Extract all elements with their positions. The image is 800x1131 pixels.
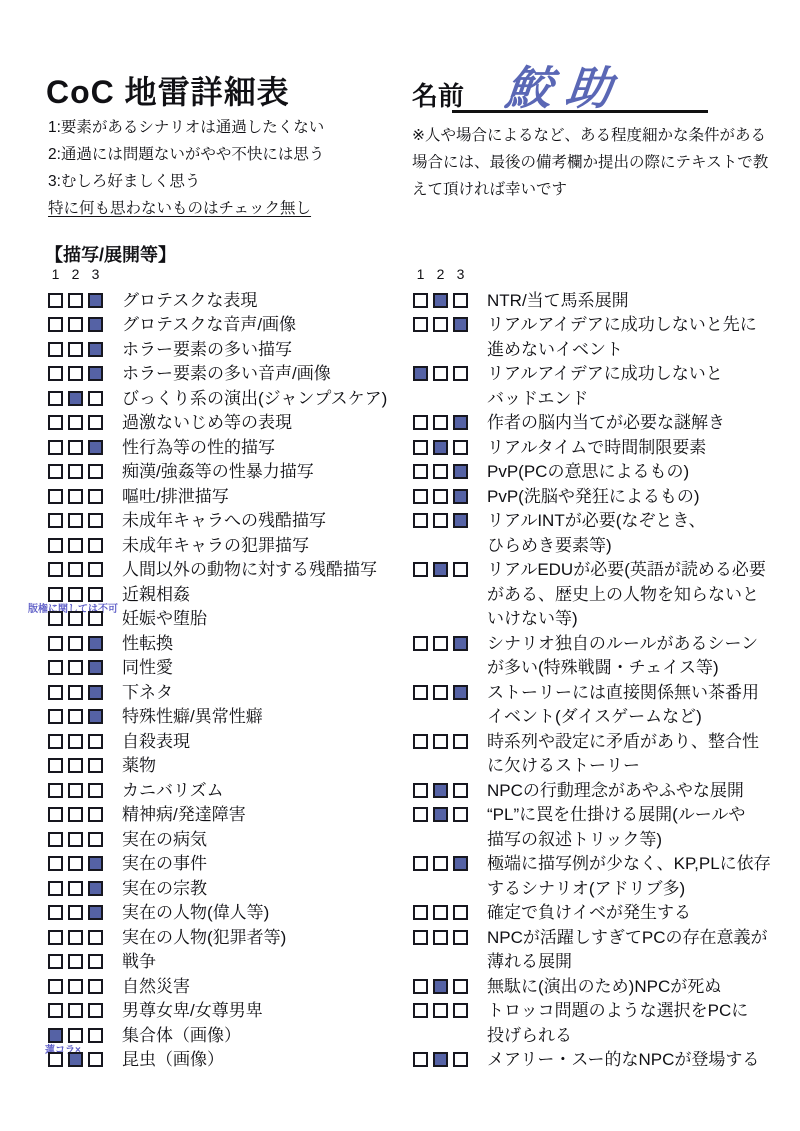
checklist-item: 嘔吐/排泄描写 xyxy=(48,485,393,510)
checkbox-option-1[interactable] xyxy=(48,905,63,920)
checkbox-option-2[interactable] xyxy=(433,783,448,798)
checkbox-option-1[interactable] xyxy=(48,293,63,308)
rating-boxes xyxy=(48,975,103,994)
checkbox-option-1[interactable] xyxy=(413,734,428,749)
checkbox-option-3[interactable] xyxy=(88,611,103,626)
item-label: 実在の人物(偉人等) xyxy=(122,901,269,926)
checkbox-option-2[interactable] xyxy=(68,758,83,773)
checkbox-option-1[interactable] xyxy=(48,660,63,675)
checkbox-option-2[interactable] xyxy=(68,881,83,896)
scale-digit-1: 1 xyxy=(48,264,63,289)
checklist-item: メアリー・スー的なNPCが登場する xyxy=(413,1048,783,1073)
checkbox-option-3[interactable] xyxy=(88,832,103,847)
checklist-item: グロテスクな音声/画像 xyxy=(48,313,393,338)
rating-boxes xyxy=(48,436,103,455)
name-field-label: 名前 xyxy=(412,76,464,113)
checklist-item: 性転換 xyxy=(48,632,393,657)
checklist-item: 実在の病気 xyxy=(48,828,393,853)
rating-boxes xyxy=(413,779,468,798)
checkbox-option-1[interactable] xyxy=(413,513,428,528)
checkbox-option-2[interactable] xyxy=(68,905,83,920)
checkbox-option-3[interactable] xyxy=(453,415,468,430)
checkbox-option-2[interactable] xyxy=(68,734,83,749)
checkbox-option-1[interactable] xyxy=(48,1003,63,1018)
checklist-form-page: CoC 地雷詳細表 1:要素があるシナリオは通過したくない 2:通過には問題ない… xyxy=(0,0,800,1131)
item-label: 昆虫（画像） xyxy=(122,1048,224,1073)
checkbox-option-3[interactable] xyxy=(88,807,103,822)
checkbox-option-3[interactable] xyxy=(453,905,468,920)
checkbox-option-3[interactable] xyxy=(88,734,103,749)
checklist-item: 集合体（画像）蓮コラ× xyxy=(48,1024,393,1049)
checkbox-option-3[interactable] xyxy=(88,293,103,308)
item-label: 実在の病気 xyxy=(122,828,207,853)
checkbox-option-3[interactable] xyxy=(453,366,468,381)
checklist-item: リアルEDUが必要(英語が読める必要 がある、歴史上の人物を知らないと いけない… xyxy=(413,558,783,632)
checklist-items-right: NTR/当て馬系展開リアルアイデアに成功しないと先に 進めないイベントリアルアイ… xyxy=(413,289,783,1073)
checkbox-option-2[interactable] xyxy=(433,366,448,381)
checkbox-option-2[interactable] xyxy=(68,954,83,969)
rating-boxes xyxy=(413,632,468,651)
item-label: 極端に描写例が少なく、KP,PLに依存 するシナリオ(アドリブ多) xyxy=(487,852,771,901)
checkbox-option-3[interactable] xyxy=(453,807,468,822)
checkbox-option-2[interactable] xyxy=(433,1052,448,1067)
checkbox-option-3[interactable] xyxy=(88,366,103,381)
checkbox-option-2[interactable] xyxy=(68,317,83,332)
checklist-item: 性行為等の性的描写 xyxy=(48,436,393,461)
checkbox-option-3[interactable] xyxy=(453,513,468,528)
rating-boxes xyxy=(413,852,468,871)
checklist-item: 薬物 xyxy=(48,754,393,779)
checkbox-option-3[interactable] xyxy=(453,562,468,577)
rating-boxes xyxy=(413,558,468,577)
checklist-item: リアルINTが必要(なぞとき、 ひらめき要素等) xyxy=(413,509,783,558)
checkbox-option-1[interactable] xyxy=(48,636,63,651)
item-label: リアルEDUが必要(英語が読める必要 がある、歴史上の人物を知らないと いけない… xyxy=(487,558,766,632)
rating-boxes xyxy=(48,607,103,626)
checkbox-option-1[interactable] xyxy=(48,979,63,994)
item-label: 確定で負けイベが発生する xyxy=(487,901,691,926)
checkbox-option-2[interactable] xyxy=(433,734,448,749)
checkbox-option-2[interactable] xyxy=(68,293,83,308)
checklist-item: 自然災害 xyxy=(48,975,393,1000)
checkbox-option-3[interactable] xyxy=(88,979,103,994)
checklist-item: 精神病/発達障害 xyxy=(48,803,393,828)
rating-boxes xyxy=(48,1048,103,1067)
checkbox-option-1[interactable] xyxy=(413,807,428,822)
checkbox-option-2[interactable] xyxy=(433,293,448,308)
rating-boxes xyxy=(48,313,103,332)
checkbox-option-2[interactable] xyxy=(433,317,448,332)
checkbox-option-1[interactable] xyxy=(413,930,428,945)
checkbox-option-1[interactable] xyxy=(48,317,63,332)
checklist-item: びっくり系の演出(ジャンプスケア) xyxy=(48,387,393,412)
checkbox-option-3[interactable] xyxy=(453,464,468,479)
item-label: 下ネタ xyxy=(122,681,173,706)
checklist-item: NPCが活躍しすぎてPCの存在意義が 薄れる展開 xyxy=(413,926,783,975)
checkbox-option-2[interactable] xyxy=(433,562,448,577)
checkbox-option-2[interactable] xyxy=(433,489,448,504)
scale-digit-3: 3 xyxy=(88,264,103,289)
legend-line-1: 1:要素があるシナリオは通過したくない xyxy=(48,114,324,141)
checklist-item: NTR/当て馬系展開 xyxy=(413,289,783,314)
checkbox-option-1[interactable] xyxy=(48,489,63,504)
rating-boxes xyxy=(48,558,103,577)
checkbox-option-2[interactable] xyxy=(68,660,83,675)
checkbox-option-2[interactable] xyxy=(68,513,83,528)
checkbox-option-1[interactable] xyxy=(413,317,428,332)
checkbox-option-3[interactable] xyxy=(88,415,103,430)
item-label: トロッコ問題のような選択をPCに 投げられる xyxy=(487,999,748,1048)
item-label: シナリオ独自のルールがあるシーン が多い(特殊戦闘・チェイス等) xyxy=(487,632,758,681)
checkbox-option-2[interactable] xyxy=(68,611,83,626)
checkbox-option-1[interactable] xyxy=(48,562,63,577)
rating-boxes xyxy=(48,681,103,700)
checkbox-option-1[interactable] xyxy=(48,513,63,528)
checklist-item: グロテスクな表現 xyxy=(48,289,393,314)
checklist-column-left: 1 2 3 グロテスクな表現グロテスクな音声/画像ホラー要素の多い描写ホラー要素… xyxy=(48,264,393,1073)
checklist-items-left: グロテスクな表現グロテスクな音声/画像ホラー要素の多い描写ホラー要素の多い音声/… xyxy=(48,289,393,1073)
checkbox-option-1[interactable] xyxy=(48,832,63,847)
checklist-item: 無駄に(演出のため)NPCが死ぬ xyxy=(413,975,783,1000)
item-label: 未成年キャラへの残酷描写 xyxy=(122,509,326,534)
legend-line-3: 3:むしろ好ましく思う xyxy=(48,168,324,195)
item-label: 近親相姦 xyxy=(122,583,190,608)
checkbox-option-1[interactable] xyxy=(48,685,63,700)
item-label: 薬物 xyxy=(122,754,156,779)
rating-boxes xyxy=(48,485,103,504)
rating-boxes xyxy=(48,289,103,308)
checkbox-option-1[interactable] xyxy=(413,562,428,577)
checklist-item: 近親相姦版権に関しては不可 xyxy=(48,583,393,608)
checkbox-option-3[interactable] xyxy=(88,905,103,920)
checkbox-option-2[interactable] xyxy=(433,930,448,945)
scale-digit-3: 3 xyxy=(453,264,468,289)
checklist-item: ストーリーには直接関係無い茶番用 イベント(ダイスゲームなど) xyxy=(413,681,783,730)
item-label: NPCが活躍しすぎてPCの存在意義が 薄れる展開 xyxy=(487,926,768,975)
checkbox-option-1[interactable] xyxy=(48,342,63,357)
scale-digit-1: 1 xyxy=(413,264,428,289)
rating-boxes xyxy=(48,387,103,406)
checkbox-option-3[interactable] xyxy=(88,783,103,798)
checkbox-option-1[interactable] xyxy=(48,734,63,749)
item-label: 作者の脳内当てが必要な謎解き xyxy=(487,411,725,436)
item-label: 自殺表現 xyxy=(122,730,190,755)
checkbox-option-2[interactable] xyxy=(68,832,83,847)
checkbox-option-2[interactable] xyxy=(68,440,83,455)
legend-note: 特に何も思わないものはチェック無し xyxy=(48,195,324,222)
checkbox-option-2[interactable] xyxy=(68,1052,83,1067)
checkbox-option-2[interactable] xyxy=(68,636,83,651)
checklist-item: 自殺表現 xyxy=(48,730,393,755)
checkbox-option-1[interactable] xyxy=(413,979,428,994)
checkbox-option-1[interactable] xyxy=(413,636,428,651)
checklist-item: “PL”に罠を仕掛ける展開(ルールや 描写の叙述トリック等) xyxy=(413,803,783,852)
checkbox-option-1[interactable] xyxy=(48,440,63,455)
item-label: 精神病/発達障害 xyxy=(122,803,246,828)
checkbox-option-3[interactable] xyxy=(88,1003,103,1018)
item-label: 集合体（画像） xyxy=(122,1024,241,1049)
rating-boxes xyxy=(48,901,103,920)
checklist-item: 未成年キャラへの残酷描写 xyxy=(48,509,393,534)
rating-boxes xyxy=(48,705,103,724)
checkbox-option-3[interactable] xyxy=(88,391,103,406)
checkbox-option-1[interactable] xyxy=(48,611,63,626)
checkbox-option-1[interactable] xyxy=(413,783,428,798)
checkbox-option-3[interactable] xyxy=(453,685,468,700)
item-label: 性行為等の性的描写 xyxy=(122,436,275,461)
item-label: 実在の事件 xyxy=(122,852,207,877)
checkbox-option-1[interactable] xyxy=(413,293,428,308)
rating-boxes xyxy=(48,338,103,357)
checklist-item: 人間以外の動物に対する残酷描写 xyxy=(48,558,393,583)
checkbox-option-1[interactable] xyxy=(413,489,428,504)
item-label: “PL”に罠を仕掛ける展開(ルールや 描写の叙述トリック等) xyxy=(487,803,745,852)
checklist-item: PvP(PCの意思によるもの) xyxy=(413,460,783,485)
checkbox-option-3[interactable] xyxy=(453,440,468,455)
item-label: リアルタイムで時間制限要素 xyxy=(487,436,706,461)
checkbox-option-2[interactable] xyxy=(433,807,448,822)
checkbox-option-2[interactable] xyxy=(433,905,448,920)
page-title: CoC 地雷詳細表 xyxy=(46,67,290,113)
rating-boxes xyxy=(413,901,468,920)
rating-boxes xyxy=(48,999,103,1018)
rating-boxes xyxy=(48,730,103,749)
rating-boxes xyxy=(48,828,103,847)
checkbox-option-2[interactable] xyxy=(433,513,448,528)
scale-header-right: 1 2 3 xyxy=(413,264,783,289)
checkbox-option-3[interactable] xyxy=(88,758,103,773)
rating-boxes xyxy=(48,632,103,651)
checkbox-option-1[interactable] xyxy=(413,366,428,381)
rating-boxes xyxy=(48,950,103,969)
checkbox-option-1[interactable] xyxy=(48,881,63,896)
rating-boxes xyxy=(413,485,468,504)
checkbox-option-3[interactable] xyxy=(453,317,468,332)
checkbox-option-3[interactable] xyxy=(88,954,103,969)
checkbox-option-3[interactable] xyxy=(453,293,468,308)
checkbox-option-2[interactable] xyxy=(433,636,448,651)
checkbox-option-3[interactable] xyxy=(453,856,468,871)
checklist-item: シナリオ独自のルールがあるシーン が多い(特殊戦闘・チェイス等) xyxy=(413,632,783,681)
item-label: NPCの行動理念があやふやな展開 xyxy=(487,779,744,804)
checkbox-option-2[interactable] xyxy=(68,464,83,479)
checklist-item: 極端に描写例が少なく、KP,PLに依存 するシナリオ(アドリブ多) xyxy=(413,852,783,901)
checkbox-option-2[interactable] xyxy=(68,415,83,430)
legend-line-2: 2:通過には問題ないがやや不快には思う xyxy=(48,141,324,168)
item-label: びっくり系の演出(ジャンプスケア) xyxy=(122,387,387,412)
rating-boxes xyxy=(413,436,468,455)
checkbox-option-3[interactable] xyxy=(88,538,103,553)
checkbox-option-2[interactable] xyxy=(68,930,83,945)
checkbox-option-3[interactable] xyxy=(88,685,103,700)
checklist-item: PvP(洗脳や発狂によるもの) xyxy=(413,485,783,510)
item-label: リアルアイデアに成功しないと先に 進めないイベント xyxy=(487,313,757,362)
checklist-item: 作者の脳内当てが必要な謎解き xyxy=(413,411,783,436)
rating-boxes xyxy=(413,460,468,479)
checkbox-option-2[interactable] xyxy=(68,807,83,822)
item-label: 同性愛 xyxy=(122,656,173,681)
checkbox-option-2[interactable] xyxy=(433,856,448,871)
checkbox-option-1[interactable] xyxy=(413,464,428,479)
checkbox-option-1[interactable] xyxy=(48,709,63,724)
item-label: NTR/当て馬系展開 xyxy=(487,289,629,314)
checklist-item: リアルアイデアに成功しないと先に 進めないイベント xyxy=(413,313,783,362)
checkbox-option-3[interactable] xyxy=(88,342,103,357)
checkbox-option-2[interactable] xyxy=(68,562,83,577)
checkbox-option-3[interactable] xyxy=(88,930,103,945)
checkbox-option-1[interactable] xyxy=(48,758,63,773)
checklist-item: 男尊女卑/女尊男卑 xyxy=(48,999,393,1024)
item-label: PvP(PCの意思によるもの) xyxy=(487,460,689,485)
rating-boxes xyxy=(48,534,103,553)
scale-header-left: 1 2 3 xyxy=(48,264,393,289)
item-label: 実在の宗教 xyxy=(122,877,207,902)
item-label: 未成年キャラの犯罪描写 xyxy=(122,534,309,559)
checkbox-option-2[interactable] xyxy=(68,366,83,381)
rating-boxes xyxy=(48,926,103,945)
checkbox-option-2[interactable] xyxy=(68,709,83,724)
rating-boxes xyxy=(413,926,468,945)
checklist-item: 未成年キャラの犯罪描写 xyxy=(48,534,393,559)
checkbox-option-3[interactable] xyxy=(88,317,103,332)
checkbox-option-2[interactable] xyxy=(68,1003,83,1018)
checkbox-option-3[interactable] xyxy=(88,1052,103,1067)
checklist-item: リアルアイデアに成功しないと バッドエンド xyxy=(413,362,783,411)
checklist-item: 特殊性癖/異常性癖 xyxy=(48,705,393,730)
checkbox-option-2[interactable] xyxy=(68,979,83,994)
checkbox-option-1[interactable] xyxy=(413,440,428,455)
checkbox-option-2[interactable] xyxy=(68,538,83,553)
checkbox-option-1[interactable] xyxy=(48,930,63,945)
checkbox-option-2[interactable] xyxy=(433,685,448,700)
checkbox-option-3[interactable] xyxy=(88,464,103,479)
rating-boxes xyxy=(413,313,468,332)
item-label: ホラー要素の多い音声/画像 xyxy=(122,362,331,387)
checklist-item: トロッコ問題のような選択をPCに 投げられる xyxy=(413,999,783,1048)
rating-boxes xyxy=(413,411,468,430)
checkbox-option-3[interactable] xyxy=(88,1028,103,1043)
checkbox-option-2[interactable] xyxy=(68,489,83,504)
scale-digit-2: 2 xyxy=(433,264,448,289)
rating-boxes xyxy=(413,1048,468,1067)
checkbox-option-2[interactable] xyxy=(68,342,83,357)
rating-boxes xyxy=(413,362,468,381)
checkbox-option-3[interactable] xyxy=(88,636,103,651)
rating-boxes xyxy=(48,803,103,822)
checkbox-option-2[interactable] xyxy=(68,391,83,406)
checkbox-option-1[interactable] xyxy=(413,685,428,700)
item-label: リアルアイデアに成功しないと バッドエンド xyxy=(487,362,723,411)
checkbox-option-3[interactable] xyxy=(88,709,103,724)
checklist-item: 昆虫（画像） xyxy=(48,1048,393,1073)
item-label: 特殊性癖/異常性癖 xyxy=(122,705,263,730)
rating-boxes xyxy=(48,362,103,381)
checkbox-option-2[interactable] xyxy=(68,856,83,871)
checkbox-option-2[interactable] xyxy=(433,1003,448,1018)
checkbox-option-3[interactable] xyxy=(453,636,468,651)
checkbox-option-1[interactable] xyxy=(48,1052,63,1067)
checkbox-option-3[interactable] xyxy=(88,660,103,675)
checkbox-option-3[interactable] xyxy=(88,856,103,871)
item-label: ストーリーには直接関係無い茶番用 イベント(ダイスゲームなど) xyxy=(487,681,759,730)
checkbox-option-1[interactable] xyxy=(413,1003,428,1018)
checkbox-option-1[interactable] xyxy=(48,783,63,798)
rating-boxes xyxy=(48,779,103,798)
checkbox-option-3[interactable] xyxy=(453,979,468,994)
rating-boxes xyxy=(413,289,468,308)
checklist-column-right: 1 2 3 NTR/当て馬系展開リアルアイデアに成功しないと先に 進めないイベン… xyxy=(413,264,783,1073)
checkbox-option-1[interactable] xyxy=(48,807,63,822)
checkbox-option-3[interactable] xyxy=(453,1003,468,1018)
checkbox-option-3[interactable] xyxy=(453,1052,468,1067)
rating-legend: 1:要素があるシナリオは通過したくない 2:通過には問題ないがやや不快には思う … xyxy=(48,114,324,222)
checkbox-option-1[interactable] xyxy=(48,366,63,381)
rating-boxes xyxy=(48,754,103,773)
checklist-item: ホラー要素の多い音声/画像 xyxy=(48,362,393,387)
checkbox-option-3[interactable] xyxy=(453,734,468,749)
checkbox-option-1[interactable] xyxy=(48,954,63,969)
rating-boxes xyxy=(413,975,468,994)
checkbox-option-1[interactable] xyxy=(413,1052,428,1067)
checklist-item: 確定で負けイベが発生する xyxy=(413,901,783,926)
item-label: グロテスクな表現 xyxy=(122,289,257,314)
checkbox-option-3[interactable] xyxy=(453,489,468,504)
checkbox-option-2[interactable] xyxy=(68,685,83,700)
checklist-item: ホラー要素の多い描写 xyxy=(48,338,393,363)
item-label: 実在の人物(犯罪者等) xyxy=(122,926,286,951)
checklist-item: カニバリズム xyxy=(48,779,393,804)
checkbox-option-3[interactable] xyxy=(88,489,103,504)
item-label: 戦争 xyxy=(122,950,156,975)
checkbox-option-2[interactable] xyxy=(433,979,448,994)
checkbox-option-2[interactable] xyxy=(433,464,448,479)
checklist-item: NPCの行動理念があやふやな展開 xyxy=(413,779,783,804)
checklist-item: 実在の事件 xyxy=(48,852,393,877)
checkbox-option-1[interactable] xyxy=(48,856,63,871)
checkbox-option-3[interactable] xyxy=(88,562,103,577)
checkbox-option-3[interactable] xyxy=(88,513,103,528)
rating-boxes xyxy=(413,681,468,700)
checkbox-option-1[interactable] xyxy=(413,856,428,871)
checkbox-option-1[interactable] xyxy=(48,415,63,430)
checkbox-option-3[interactable] xyxy=(453,930,468,945)
checkbox-option-3[interactable] xyxy=(88,440,103,455)
checkbox-option-3[interactable] xyxy=(453,783,468,798)
name-field-underline[interactable] xyxy=(452,110,708,113)
checkbox-option-2[interactable] xyxy=(433,440,448,455)
item-label: 嘔吐/排泄描写 xyxy=(122,485,229,510)
checkbox-option-2[interactable] xyxy=(68,783,83,798)
checklist-item: リアルタイムで時間制限要素 xyxy=(413,436,783,461)
checkbox-option-1[interactable] xyxy=(413,905,428,920)
checkbox-option-1[interactable] xyxy=(48,464,63,479)
item-label: メアリー・スー的なNPCが登場する xyxy=(487,1048,759,1073)
checkbox-option-2[interactable] xyxy=(433,415,448,430)
rating-boxes xyxy=(413,730,468,749)
item-label: 痴漢/強姦等の性暴力描写 xyxy=(122,460,314,485)
conditions-note: ※人や場合によるなど、ある程度細かな条件がある 場合には、最後の備考欄か提出の際… xyxy=(412,122,778,203)
checkbox-option-1[interactable] xyxy=(413,415,428,430)
checkbox-option-3[interactable] xyxy=(88,881,103,896)
item-label: 無駄に(演出のため)NPCが死ぬ xyxy=(487,975,721,1000)
item-label: リアルINTが必要(なぞとき、 ひらめき要素等) xyxy=(487,509,706,558)
rating-boxes xyxy=(48,411,103,430)
checkbox-option-1[interactable] xyxy=(48,538,63,553)
rating-boxes xyxy=(413,803,468,822)
checkbox-option-1[interactable] xyxy=(48,391,63,406)
item-label: PvP(洗脳や発狂によるもの) xyxy=(487,485,700,510)
item-label: 時系列や設定に矛盾があり、整合性 に欠けるストーリー xyxy=(487,730,759,779)
